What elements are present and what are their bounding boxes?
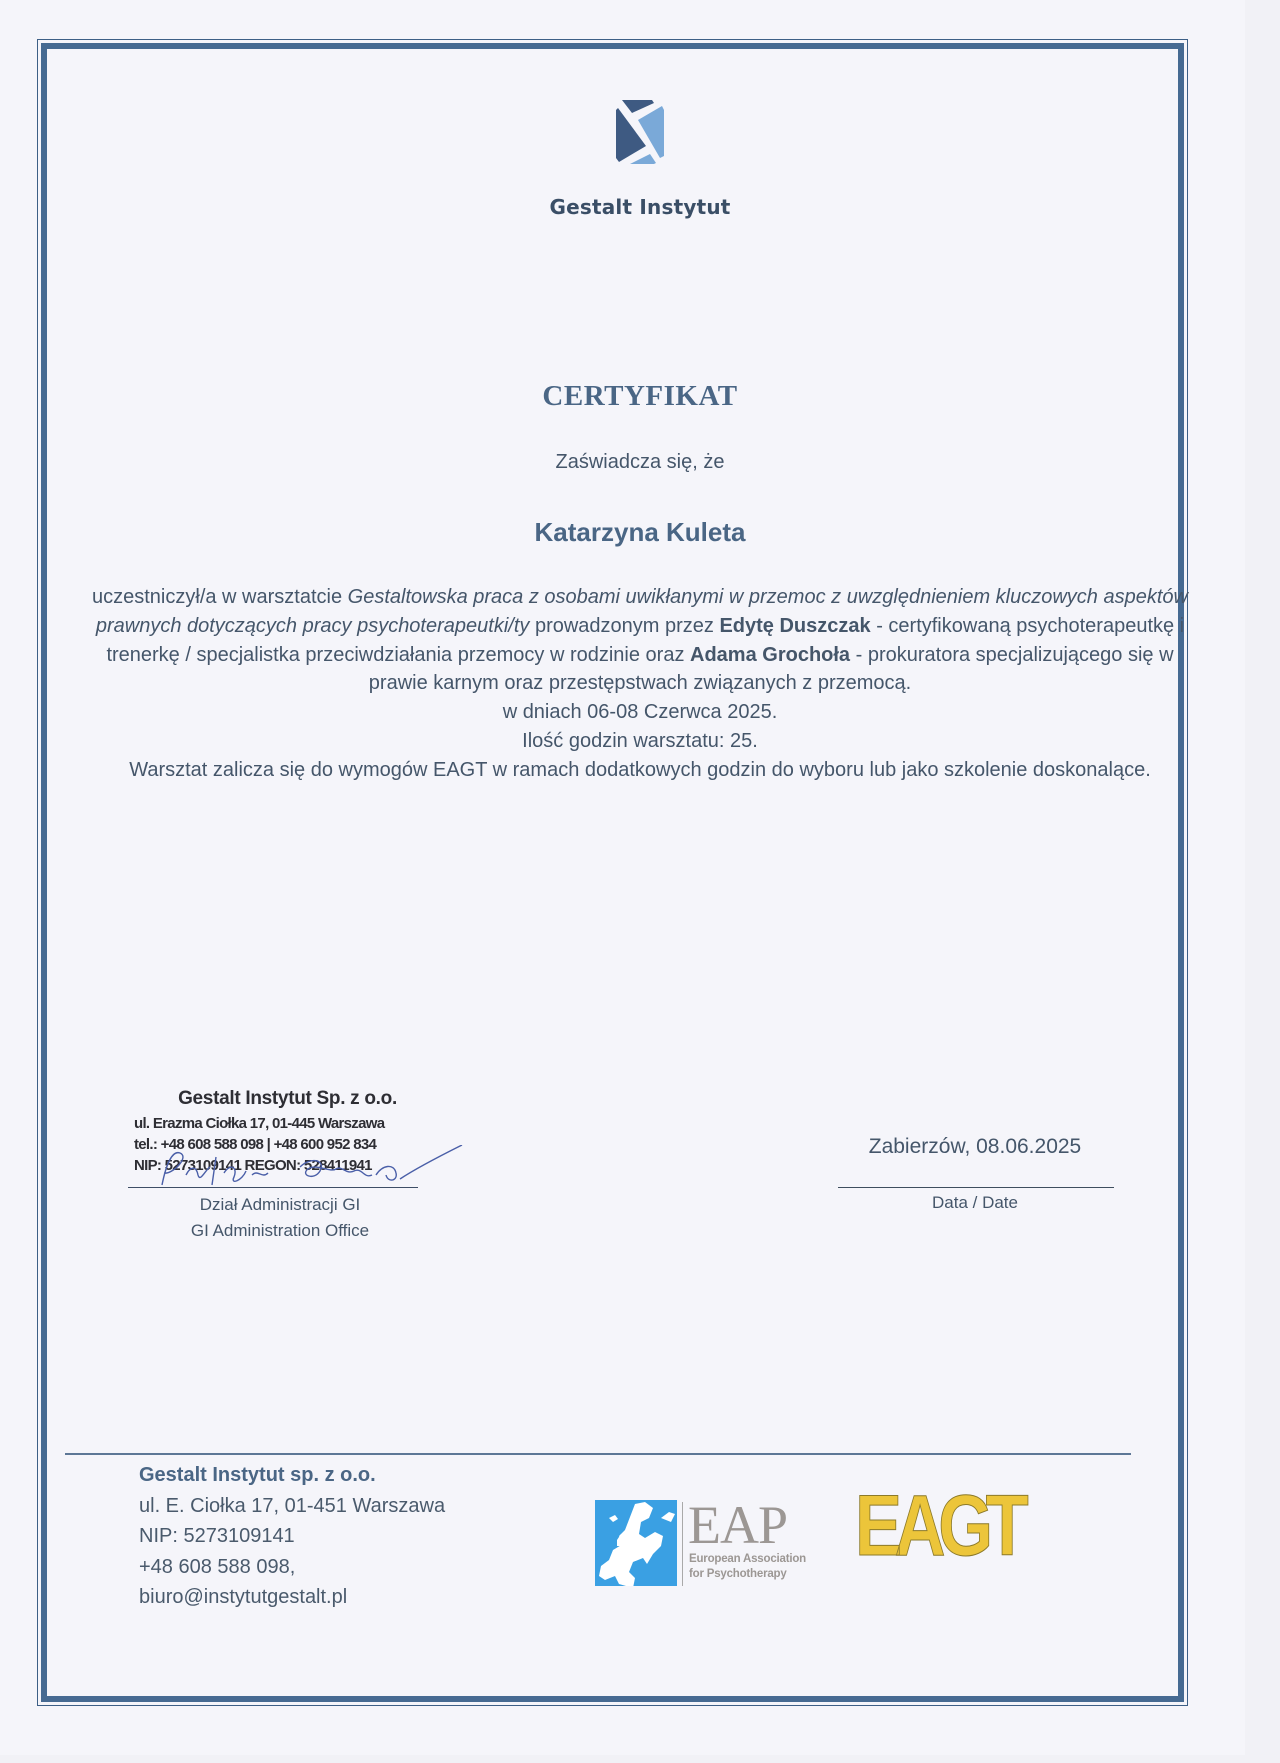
footer-email: biuro@instytutgestalt.pl [139, 1582, 445, 1613]
certificate-subtitle: Zaświadcza się, że [0, 451, 1280, 474]
trainer-1-name: Edytę Duszczak [719, 615, 870, 637]
certificate-title: CERTYFIKAT [0, 380, 1280, 413]
recipient-name: Katarzyna Kuleta [0, 517, 1280, 548]
footer-company: Gestalt Instytut sp. z o.o. [139, 1460, 445, 1491]
eap-full-name: European Association for Psychotherapy [689, 1552, 829, 1582]
footer-divider [65, 1453, 1131, 1455]
eap-line-2: for Psychotherapy [689, 1567, 829, 1582]
signature-line [128, 1187, 418, 1188]
eap-line-1: European Association [689, 1552, 829, 1567]
department-pl: Dział Administracji GI [140, 1192, 420, 1218]
certificate-body: uczestniczył/a w warsztatcie Gestaltowsk… [90, 583, 1190, 785]
workshop-dates: w dniach 06-08 Czerwca 2025. [503, 701, 778, 723]
brand-name: Gestalt Instytut [0, 195, 1280, 219]
eagt-logo: EAGT [855, 1483, 1021, 1569]
body-intro: uczestniczył/a w warsztatcie [92, 586, 348, 608]
eap-separator [682, 1502, 683, 1586]
gestalt-instytut-logo-icon [616, 100, 664, 164]
date-label: Data / Date [835, 1193, 1115, 1213]
europe-map-icon [595, 1500, 677, 1586]
footer-phone: +48 608 588 098, [139, 1552, 445, 1583]
stamp-address: ul. Erazma Ciołka 17, 01-445 Warszawa [120, 1115, 455, 1132]
footer-street: ul. E. Ciołka 17, 01-451 Warszawa [139, 1491, 445, 1522]
eagt-note: Warsztat zalicza się do wymogów EAGT w r… [129, 759, 1151, 781]
eap-abbreviation: EAP [688, 1494, 787, 1556]
workshop-hours: Ilość godzin warsztatu: 25. [522, 730, 758, 752]
department-en: GI Administration Office [140, 1218, 420, 1244]
trainer-2-name: Adama Grochoła [690, 644, 850, 666]
footer-address: Gestalt Instytut sp. z o.o. ul. E. Ciołk… [139, 1460, 445, 1613]
issue-place-date: Zabierzów, 08.06.2025 [835, 1135, 1115, 1159]
department-block: Dział Administracji GI GI Administration… [140, 1192, 420, 1244]
logo [0, 100, 1280, 164]
body-led-by: prowadzonym przez [529, 615, 719, 637]
footer-nip: NIP: 5273109141 [139, 1521, 445, 1552]
eap-logo: EAP European Association for Psychothera… [595, 1500, 815, 1592]
date-line [838, 1187, 1114, 1188]
stamp-company: Gestalt Instytut Sp. z o.o. [120, 1088, 455, 1110]
